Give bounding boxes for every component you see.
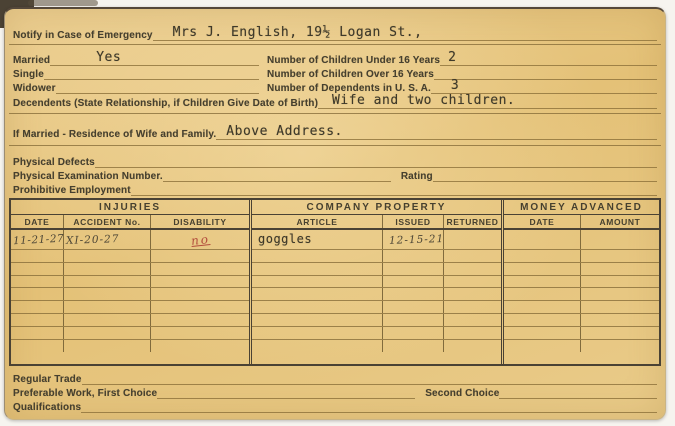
company-property-data-row: goggles 12-15-21 <box>252 230 501 250</box>
qualifications-underline <box>81 412 657 413</box>
qualifications-label: Qualifications <box>13 402 81 413</box>
money-advanced-column-headers: DATE AMOUNT <box>504 215 659 230</box>
injuries-data-row: 11-21-27 XI-20-27 no <box>11 230 249 250</box>
table-row <box>252 250 501 263</box>
residence-underline: Above Address. <box>216 125 657 140</box>
residence-label: If Married - Residence of Wife and Famil… <box>13 129 216 140</box>
injuries-title: INJURIES <box>11 200 249 215</box>
returned-cell <box>444 230 501 249</box>
disability-header: DISABILITY <box>151 215 249 228</box>
injuries-section: INJURIES DATE ACCIDENT No. DISABILITY 11… <box>11 200 249 364</box>
injury-date-value: 11-21-27 <box>11 232 65 247</box>
issued-header: ISSUED <box>383 215 444 228</box>
dependents-label: Decendents (State Relationship, if Child… <box>13 98 318 109</box>
money-advanced-section: MONEY ADVANCED DATE AMOUNT <box>501 200 659 364</box>
table-row <box>252 314 501 327</box>
table-row <box>504 327 659 340</box>
divider <box>9 113 661 114</box>
returned-header: RETURNED <box>444 215 501 228</box>
table-row <box>11 327 249 340</box>
scan-edge-smudge <box>28 0 98 6</box>
article-value: goggles <box>252 233 312 246</box>
article-cell: goggles <box>252 230 383 249</box>
dependents-value: Wife and two children. <box>332 94 515 108</box>
dependents-underline: Wife and two children. <box>318 94 657 109</box>
table-row <box>11 263 249 276</box>
disability-cell: no <box>151 230 249 249</box>
table-row <box>11 314 249 327</box>
emergency-value: Mrs J. English, 19½ Logan St., <box>173 26 423 40</box>
amount-cell <box>581 230 659 249</box>
article-header: ARTICLE <box>252 215 383 228</box>
prohibitive-line: Prohibitive Employment <box>13 179 657 196</box>
table-row <box>11 288 249 301</box>
table-row <box>11 340 249 353</box>
table-row <box>252 340 501 353</box>
table-row <box>252 263 501 276</box>
table-row <box>504 301 659 314</box>
residence-value: Above Address. <box>226 125 343 139</box>
table-row <box>252 327 501 340</box>
table-row <box>504 250 659 263</box>
qualifications-line: Qualifications <box>13 397 657 413</box>
table-row <box>504 314 659 327</box>
table-row <box>504 288 659 301</box>
accident-no-cell: XI-20-27 <box>64 230 151 249</box>
divider <box>9 145 661 146</box>
emergency-underline: Mrs J. English, 19½ Logan St., <box>153 26 657 41</box>
injuries-date-header: DATE <box>11 215 64 228</box>
divider <box>9 44 661 45</box>
record-card: Notify in Case of Emergency Mrs J. Engli… <box>4 7 666 420</box>
company-property-column-headers: ARTICLE ISSUED RETURNED <box>252 215 501 230</box>
disability-value: no <box>190 233 210 247</box>
accident-no-header: ACCIDENT No. <box>64 215 151 228</box>
injury-date-cell: 11-21-27 <box>11 230 64 249</box>
table-row <box>504 340 659 353</box>
table-row <box>11 250 249 263</box>
residence-line: If Married - Residence of Wife and Famil… <box>13 121 657 140</box>
prohibitive-underline <box>131 195 657 196</box>
company-property-section: COMPANY PROPERTY ARTICLE ISSUED RETURNED… <box>249 200 501 364</box>
table-row <box>11 276 249 289</box>
issued-cell: 12-15-21 <box>383 230 444 249</box>
issued-value: 12-15-21 <box>383 232 445 246</box>
advance-date-header: DATE <box>504 215 581 228</box>
emergency-line: Notify in Case of Emergency Mrs J. Engli… <box>13 19 657 41</box>
accident-no-value: XI-20-27 <box>64 233 120 247</box>
company-property-title: COMPANY PROPERTY <box>252 200 501 215</box>
table-row <box>252 301 501 314</box>
table-row <box>504 276 659 289</box>
table-row <box>11 301 249 314</box>
table-row <box>252 276 501 289</box>
amount-header: AMOUNT <box>581 215 659 228</box>
money-advanced-title: MONEY ADVANCED <box>504 200 659 215</box>
record-table: INJURIES DATE ACCIDENT No. DISABILITY 11… <box>9 198 661 366</box>
advance-date-cell <box>504 230 581 249</box>
emergency-label: Notify in Case of Emergency <box>13 30 153 41</box>
injuries-column-headers: DATE ACCIDENT No. DISABILITY <box>11 215 249 230</box>
table-row <box>504 263 659 276</box>
table-row <box>252 288 501 301</box>
money-advanced-data-row <box>504 230 659 250</box>
dependents-line: Decendents (State Relationship, if Child… <box>13 91 657 109</box>
prohibitive-label: Prohibitive Employment <box>13 185 131 196</box>
